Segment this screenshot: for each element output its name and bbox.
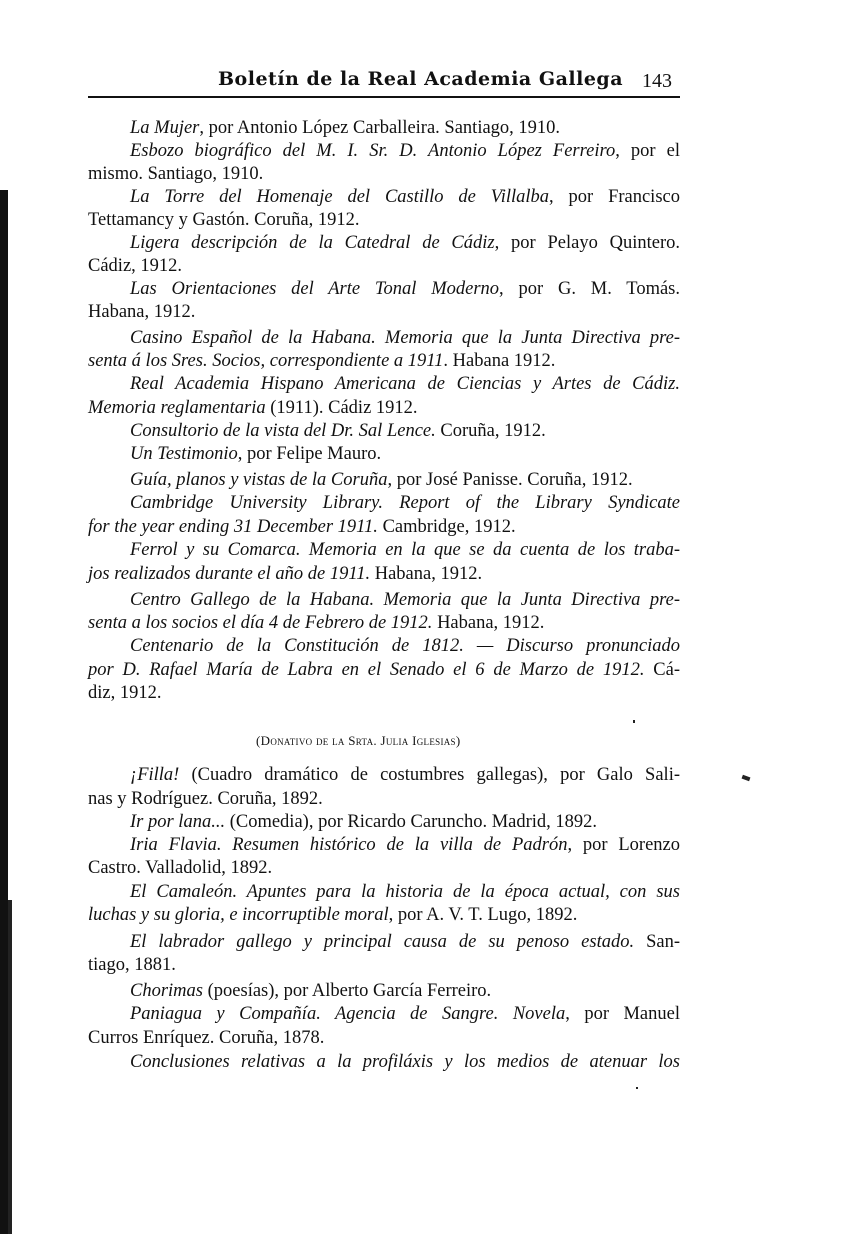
entry-title: por D. Rafael María de Labra en el Senad… xyxy=(88,660,645,680)
entry-line: diz, 1912. xyxy=(88,682,161,704)
entry-details: Coruña, 1912. xyxy=(436,421,546,441)
entry-title: Guía, planos y vistas de la Coruña xyxy=(130,470,387,490)
entry-details: Tettamancy y Gastón. Coruña, 1912. xyxy=(88,210,360,230)
entry-line: Castro. Valladolid, 1892. xyxy=(88,857,272,879)
entry-title: El Camaleón. Apuntes para la historia de… xyxy=(130,882,680,902)
entry-line: luchas y su gloria, e incorruptible mora… xyxy=(88,904,577,926)
donation-note: (Donativo de la Srta. Julia Iglesias) xyxy=(256,733,461,749)
entry-line: Ir por lana... (Comedia), por Ricardo Ca… xyxy=(130,811,680,833)
entry-line: La Torre del Homenaje del Castillo de Vi… xyxy=(130,186,680,208)
entry-line: Cádiz, 1912. xyxy=(88,255,182,277)
entry-details: mismo. Santiago, 1910. xyxy=(88,164,263,184)
entry-line: Chorimas (poesías), por Alberto García F… xyxy=(130,980,680,1002)
entry-line: El labrador gallego y principal causa de… xyxy=(130,931,680,953)
entry-line: La Mujer, por Antonio López Carballeira.… xyxy=(130,117,680,139)
entry-details: San- xyxy=(634,932,680,952)
binding-shadow xyxy=(0,190,8,1234)
page-number: 143 xyxy=(642,70,672,93)
entry-line: Cambridge University Library. Report of … xyxy=(130,492,680,514)
entry-line: Centro Gallego de la Habana. Memoria que… xyxy=(130,589,680,611)
entry-details: , por Antonio López Carballeira. Santiag… xyxy=(199,118,560,138)
scan-speck xyxy=(633,720,635,723)
entry-line: Ferrol y su Comarca. Memoria en la que s… xyxy=(130,539,680,561)
entry-line: Esbozo biográfico del M. I. Sr. D. Anton… xyxy=(130,140,680,162)
entry-title: Consultorio de la vista del Dr. Sal Lenc… xyxy=(130,421,436,441)
entry-details: tiago, 1881. xyxy=(88,955,176,975)
entry-details: , por A. V. T. Lugo, 1892. xyxy=(389,905,578,925)
entry-title: Chorimas xyxy=(130,981,203,1001)
entry-details: , por Felipe Mauro. xyxy=(238,444,381,464)
entry-line: Casino Español de la Habana. Memoria que… xyxy=(130,327,680,349)
entry-title: luchas y su gloria, e incorruptible mora… xyxy=(88,905,389,925)
entry-title: Real Academia Hispano Americana de Cienc… xyxy=(130,374,680,394)
entry-details: (1911). Cádiz 1912. xyxy=(266,398,418,418)
entry-title: senta a los socios el día 4 de Febrero d… xyxy=(88,613,432,633)
entry-details: , por Pelayo Quintero. xyxy=(495,233,680,253)
entry-line: Curros Enríquez. Coruña, 1878. xyxy=(88,1027,324,1049)
running-header: Boletín de la Real Academia Gallega 143 xyxy=(88,62,680,98)
entry-details: , por G. M. Tomás. xyxy=(499,279,680,299)
scanned-page: Boletín de la Real Academia Gallega 143 … xyxy=(0,0,850,1234)
entry-title: Las Orientaciones del Arte Tonal Moderno xyxy=(130,279,499,299)
entry-line: por D. Rafael María de Labra en el Senad… xyxy=(88,659,680,681)
entry-line: Memoria reglamentaria (1911). Cádiz 1912… xyxy=(88,397,418,419)
entry-line: Paniagua y Compañía. Agencia de Sangre. … xyxy=(130,1003,680,1025)
entry-details: (Comedia), por Ricardo Caruncho. Madrid,… xyxy=(225,812,597,832)
entry-details: Cá- xyxy=(645,660,681,680)
entry-details: , por el xyxy=(615,141,680,161)
entry-line: Habana, 1912. xyxy=(88,301,195,323)
entry-details: , por Manuel xyxy=(565,1004,680,1024)
entry-details: (Cuadro dramático de costumbres gallegas… xyxy=(179,765,680,785)
entry-title: ¡Filla! xyxy=(130,765,179,785)
entry-line: nas y Rodríguez. Coruña, 1892. xyxy=(88,788,323,810)
entry-title: La Mujer xyxy=(130,118,199,138)
entry-title: Conclusiones relativas a la profiláxis y… xyxy=(130,1052,680,1072)
entry-title: for the year ending 31 December 1911. xyxy=(88,517,378,537)
entry-title: El labrador gallego y principal causa de… xyxy=(130,932,634,952)
journal-title: Boletín de la Real Academia Gallega xyxy=(218,68,623,90)
entry-title: Paniagua y Compañía. Agencia de Sangre. … xyxy=(130,1004,565,1024)
entry-line: senta á los Sres. Socios, correspondient… xyxy=(88,350,555,372)
entry-details: , por José Panisse. Coruña, 1912. xyxy=(387,470,632,490)
entry-title: Esbozo biográfico del M. I. Sr. D. Anton… xyxy=(130,141,615,161)
entry-line: Ligera descripción de la Catedral de Cád… xyxy=(130,232,680,254)
entry-title: Un Testimonio xyxy=(130,444,238,464)
entry-details: Curros Enríquez. Coruña, 1878. xyxy=(88,1028,324,1048)
entry-line: tiago, 1881. xyxy=(88,954,176,976)
entry-line: Centenario de la Constitución de 1812. —… xyxy=(130,635,680,657)
entry-details: diz, 1912. xyxy=(88,683,161,703)
entry-title: jos realizados durante el año de 1911. xyxy=(88,564,370,584)
entry-details: Habana, 1912. xyxy=(88,302,195,322)
entry-line: El Camaleón. Apuntes para la historia de… xyxy=(130,881,680,903)
entry-line: Guía, planos y vistas de la Coruña, por … xyxy=(130,469,680,491)
entry-details: , por Lorenzo xyxy=(567,835,680,855)
entry-title: Cambridge University Library. Report of … xyxy=(130,493,680,513)
entry-line: Consultorio de la vista del Dr. Sal Lenc… xyxy=(130,420,680,442)
entry-details: Habana, 1912. xyxy=(432,613,544,633)
entry-title: senta á los Sres. Socios, correspondient… xyxy=(88,351,443,371)
entry-line: for the year ending 31 December 1911. Ca… xyxy=(88,516,516,538)
entry-details: . Habana 1912. xyxy=(443,351,555,371)
entry-title: Iria Flavia. Resumen histórico de la vil… xyxy=(130,835,567,855)
binding-shadow-inner xyxy=(8,900,12,1234)
scan-speck xyxy=(636,1087,638,1089)
entry-line: Un Testimonio, por Felipe Mauro. xyxy=(130,443,680,465)
entry-line: mismo. Santiago, 1910. xyxy=(88,163,263,185)
entry-title: Memoria reglamentaria xyxy=(88,398,266,418)
entry-details: (poesías), por Alberto García Ferreiro. xyxy=(203,981,491,1001)
entry-line: Tettamancy y Gastón. Coruña, 1912. xyxy=(88,209,360,231)
entry-title: Ferrol y su Comarca. Memoria en la que s… xyxy=(130,540,680,560)
entry-title: Casino Español de la Habana. Memoria que… xyxy=(130,328,680,348)
entry-line: senta a los socios el día 4 de Febrero d… xyxy=(88,612,544,634)
entry-details: Cambridge, 1912. xyxy=(378,517,516,537)
entry-title: Ligera descripción de la Catedral de Cád… xyxy=(130,233,495,253)
entry-title: Centro Gallego de la Habana. Memoria que… xyxy=(130,590,680,610)
entry-details: , por Francisco xyxy=(549,187,680,207)
entry-details: Habana, 1912. xyxy=(370,564,482,584)
entry-line: Las Orientaciones del Arte Tonal Moderno… xyxy=(130,278,680,300)
entry-line: Real Academia Hispano Americana de Cienc… xyxy=(130,373,680,395)
entry-line: jos realizados durante el año de 1911. H… xyxy=(88,563,482,585)
entry-details: nas y Rodríguez. Coruña, 1892. xyxy=(88,789,323,809)
entry-title: Ir por lana... xyxy=(130,812,225,832)
scan-speck xyxy=(742,775,751,781)
entry-line: Iria Flavia. Resumen histórico de la vil… xyxy=(130,834,680,856)
entry-title: La Torre del Homenaje del Castillo de Vi… xyxy=(130,187,549,207)
entry-details: Cádiz, 1912. xyxy=(88,256,182,276)
entry-line: ¡Filla! (Cuadro dramático de costumbres … xyxy=(130,764,680,786)
entry-title: Centenario de la Constitución de 1812. —… xyxy=(130,636,680,656)
entry-line: Conclusiones relativas a la profiláxis y… xyxy=(130,1051,680,1073)
header-rule xyxy=(88,96,680,98)
entry-details: Castro. Valladolid, 1892. xyxy=(88,858,272,878)
